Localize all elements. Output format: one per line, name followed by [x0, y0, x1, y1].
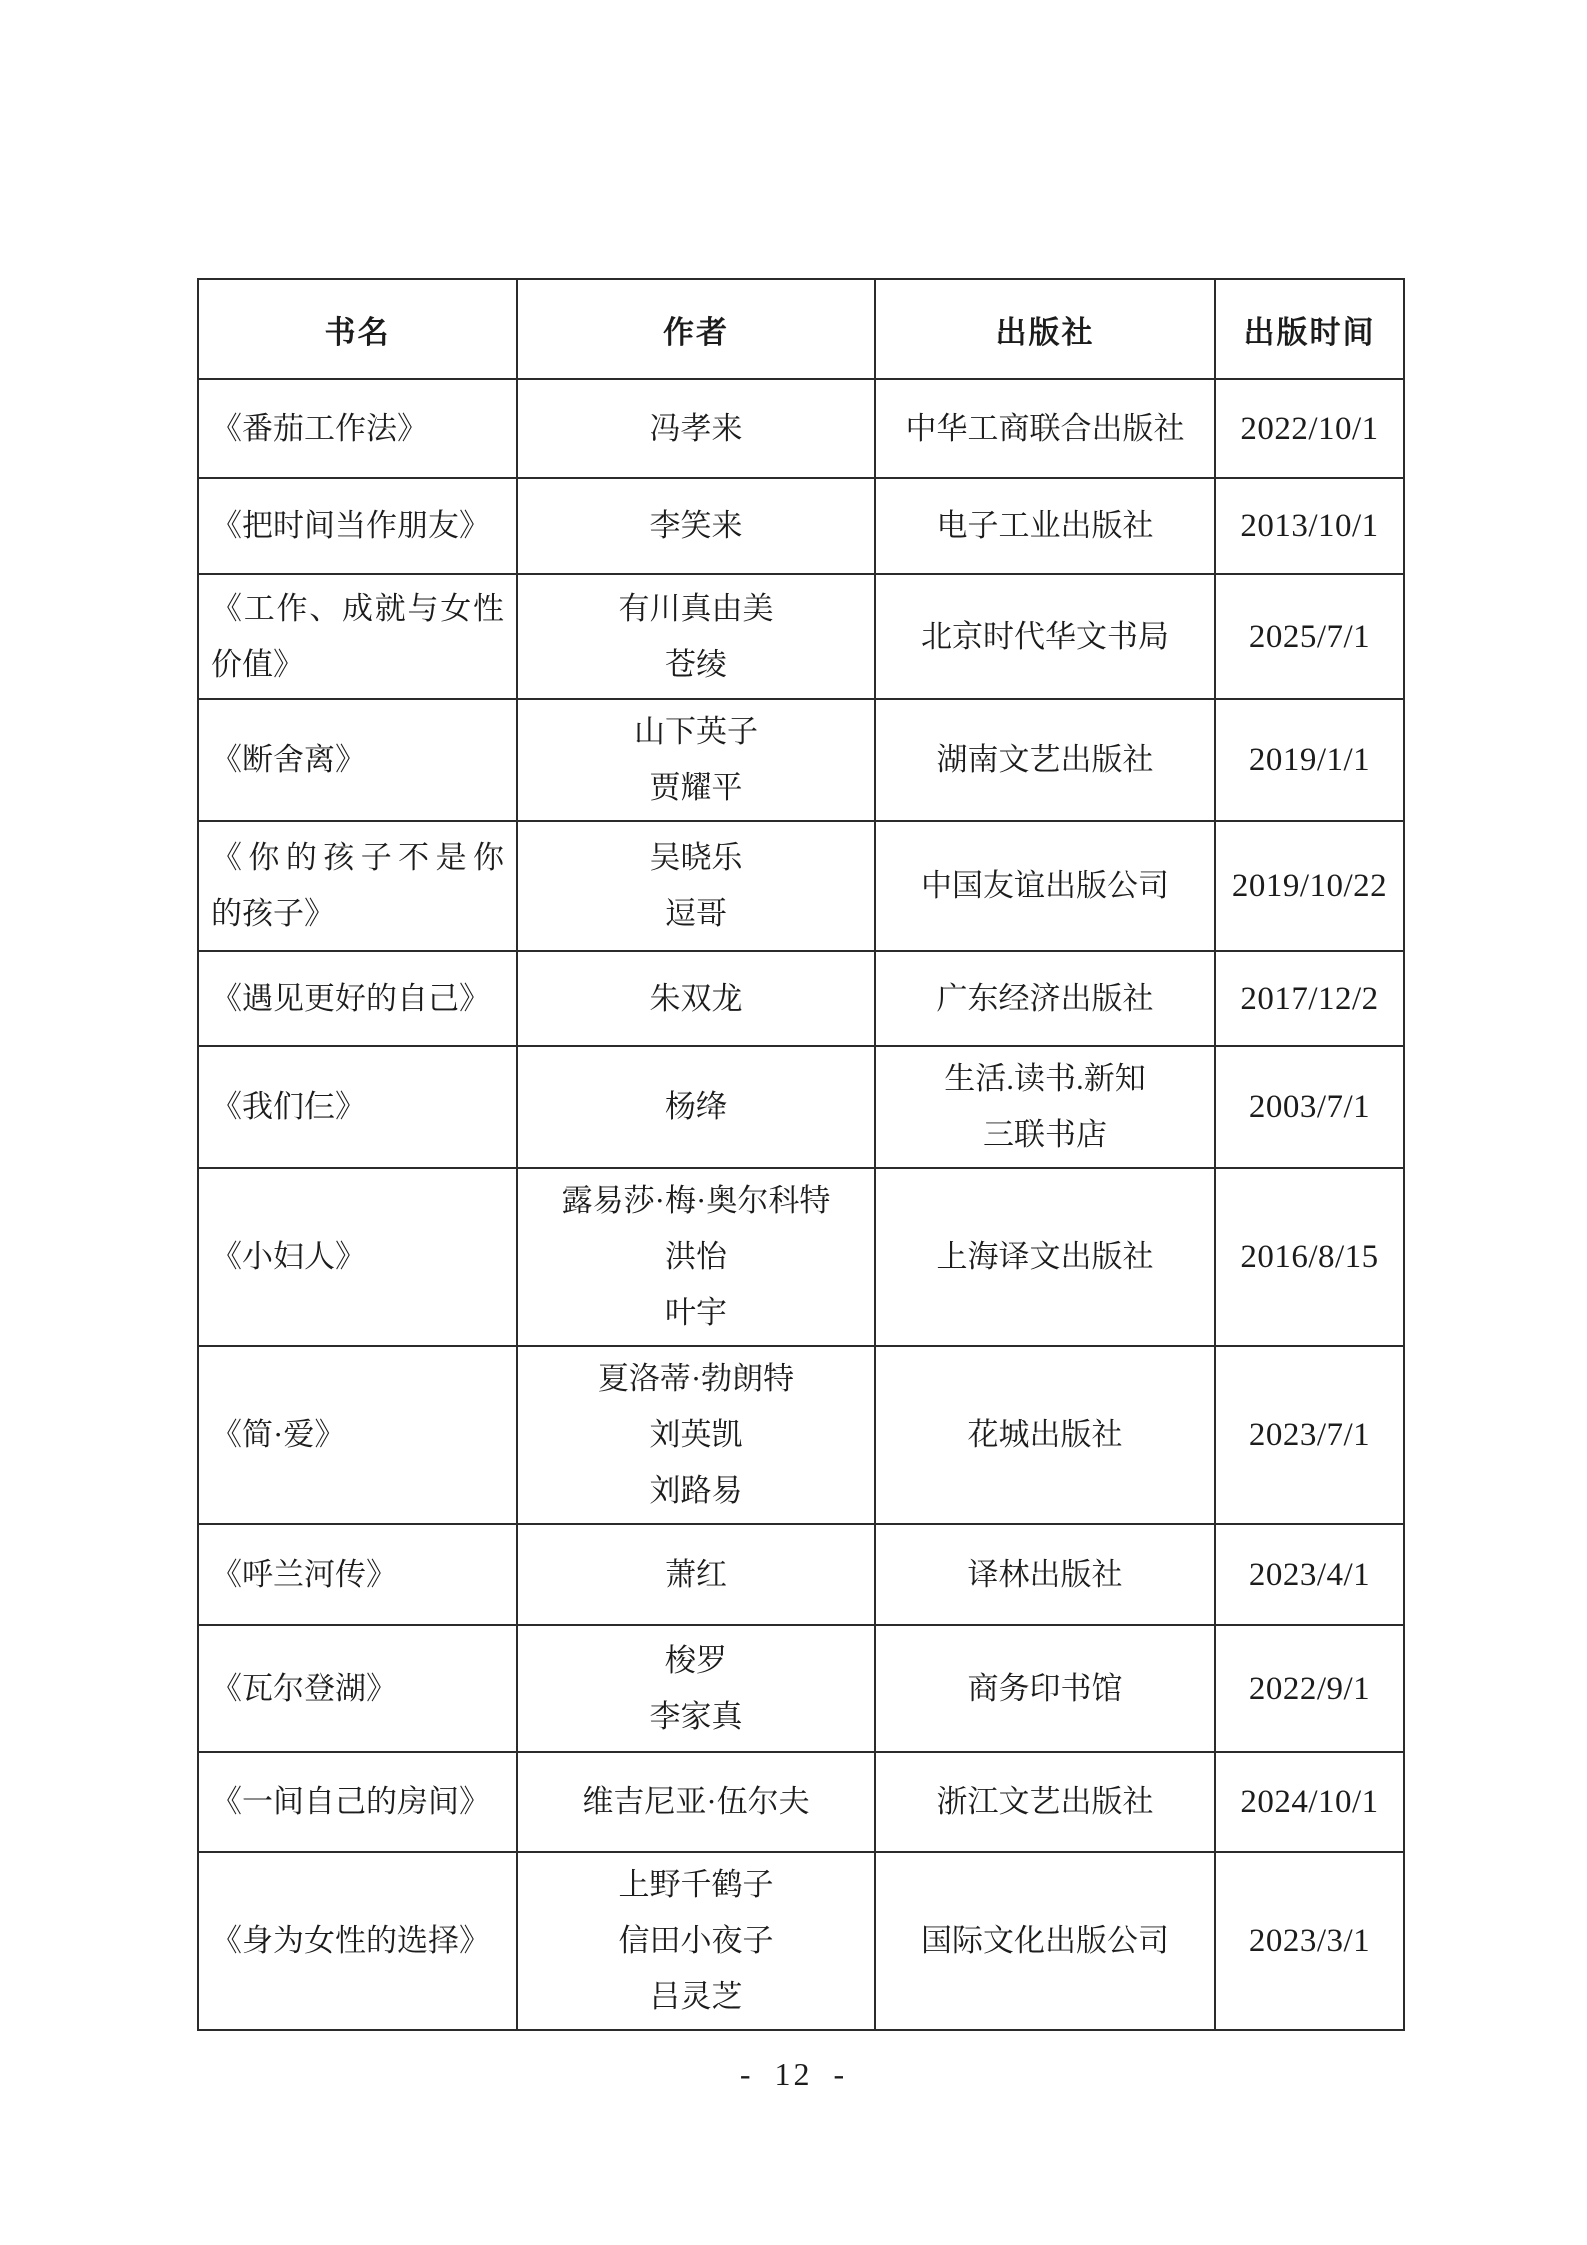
table-row: 《断舍离》山下英子贾耀平湖南文艺出版社2019/1/1	[198, 699, 1404, 821]
column-header-book-title: 书名	[198, 279, 517, 379]
table-row: 《瓦尔登湖》梭罗李家真商务印书馆2022/9/1	[198, 1625, 1404, 1752]
cell-book-title: 《一间自己的房间》	[198, 1752, 517, 1852]
cell-author: 杨绛	[517, 1046, 875, 1168]
column-header-publish-date: 出版时间	[1215, 279, 1404, 379]
table-row: 《番茄工作法》冯孝来中华工商联合出版社2022/10/1	[198, 379, 1404, 478]
table-row: 《呼兰河传》萧红译林出版社2023/4/1	[198, 1524, 1404, 1625]
cell-book-title: 《番茄工作法》	[198, 379, 517, 478]
table-header-row: 书名 作者 出版社 出版时间	[198, 279, 1404, 379]
cell-author: 上野千鹤子信田小夜子吕灵芝	[517, 1852, 875, 2030]
cell-author: 李笑来	[517, 478, 875, 574]
cell-publisher: 商务印书馆	[875, 1625, 1215, 1752]
cell-publish-date: 2023/7/1	[1215, 1346, 1404, 1524]
cell-publisher: 上海译文出版社	[875, 1168, 1215, 1346]
cell-publisher: 电子工业出版社	[875, 478, 1215, 574]
column-header-author: 作者	[517, 279, 875, 379]
cell-book-title: 《遇见更好的自己》	[198, 951, 517, 1046]
cell-publisher: 译林出版社	[875, 1524, 1215, 1625]
cell-author: 冯孝来	[517, 379, 875, 478]
cell-publish-date: 2013/10/1	[1215, 478, 1404, 574]
cell-publisher: 北京时代华文书局	[875, 574, 1215, 699]
cell-author: 露易莎·梅·奥尔科特洪怡叶宇	[517, 1168, 875, 1346]
cell-publisher: 浙江文艺出版社	[875, 1752, 1215, 1852]
cell-author: 朱双龙	[517, 951, 875, 1046]
cell-book-title: 《把时间当作朋友》	[198, 478, 517, 574]
cell-author: 萧红	[517, 1524, 875, 1625]
cell-publish-date: 2017/12/2	[1215, 951, 1404, 1046]
table-row: 《我们仨》杨绛生活.读书.新知三联书店2003/7/1	[198, 1046, 1404, 1168]
table-row: 《小妇人》露易莎·梅·奥尔科特洪怡叶宇上海译文出版社2016/8/15	[198, 1168, 1404, 1346]
table-row: 《身为女性的选择》上野千鹤子信田小夜子吕灵芝国际文化出版公司2023/3/1	[198, 1852, 1404, 2030]
cell-author: 有川真由美苍绫	[517, 574, 875, 699]
cell-book-title: 《呼兰河传》	[198, 1524, 517, 1625]
cell-publish-date: 2016/8/15	[1215, 1168, 1404, 1346]
table-row: 《你的孩子不是你的孩子》吴晓乐逗哥中国友谊出版公司2019/10/22	[198, 821, 1404, 951]
cell-author: 山下英子贾耀平	[517, 699, 875, 821]
table-row: 《把时间当作朋友》李笑来电子工业出版社2013/10/1	[198, 478, 1404, 574]
cell-publisher: 广东经济出版社	[875, 951, 1215, 1046]
cell-book-title: 《简·爱》	[198, 1346, 517, 1524]
cell-publish-date: 2023/3/1	[1215, 1852, 1404, 2030]
cell-publisher: 国际文化出版公司	[875, 1852, 1215, 2030]
cell-author: 梭罗李家真	[517, 1625, 875, 1752]
cell-publish-date: 2019/1/1	[1215, 699, 1404, 821]
cell-book-title: 《瓦尔登湖》	[198, 1625, 517, 1752]
cell-author: 夏洛蒂·勃朗特刘英凯刘路易	[517, 1346, 875, 1524]
cell-publish-date: 2023/4/1	[1215, 1524, 1404, 1625]
table-row: 《一间自己的房间》维吉尼亚·伍尔夫浙江文艺出版社2024/10/1	[198, 1752, 1404, 1852]
cell-publisher: 中华工商联合出版社	[875, 379, 1215, 478]
cell-publisher: 中国友谊出版公司	[875, 821, 1215, 951]
cell-publish-date: 2022/10/1	[1215, 379, 1404, 478]
cell-book-title: 《断舍离》	[198, 699, 517, 821]
page-number: - 12 -	[0, 2056, 1587, 2093]
table-row: 《简·爱》夏洛蒂·勃朗特刘英凯刘路易花城出版社2023/7/1	[198, 1346, 1404, 1524]
cell-publish-date: 2003/7/1	[1215, 1046, 1404, 1168]
document-page: 书名 作者 出版社 出版时间 《番茄工作法》冯孝来中华工商联合出版社2022/1…	[0, 0, 1587, 2245]
cell-book-title: 《小妇人》	[198, 1168, 517, 1346]
cell-book-title: 《工作、成就与女性价值》	[198, 574, 517, 699]
cell-publisher: 花城出版社	[875, 1346, 1215, 1524]
cell-book-title: 《你的孩子不是你的孩子》	[198, 821, 517, 951]
cell-author: 吴晓乐逗哥	[517, 821, 875, 951]
column-header-publisher: 出版社	[875, 279, 1215, 379]
table-body: 《番茄工作法》冯孝来中华工商联合出版社2022/10/1《把时间当作朋友》李笑来…	[198, 379, 1404, 2030]
cell-author: 维吉尼亚·伍尔夫	[517, 1752, 875, 1852]
cell-publish-date: 2025/7/1	[1215, 574, 1404, 699]
cell-book-title: 《我们仨》	[198, 1046, 517, 1168]
cell-publish-date: 2019/10/22	[1215, 821, 1404, 951]
table-row: 《工作、成就与女性价值》有川真由美苍绫北京时代华文书局2025/7/1	[198, 574, 1404, 699]
cell-book-title: 《身为女性的选择》	[198, 1852, 517, 2030]
cell-publisher: 湖南文艺出版社	[875, 699, 1215, 821]
cell-publish-date: 2022/9/1	[1215, 1625, 1404, 1752]
cell-publish-date: 2024/10/1	[1215, 1752, 1404, 1852]
cell-publisher: 生活.读书.新知三联书店	[875, 1046, 1215, 1168]
book-table: 书名 作者 出版社 出版时间 《番茄工作法》冯孝来中华工商联合出版社2022/1…	[197, 278, 1405, 2031]
table-row: 《遇见更好的自己》朱双龙广东经济出版社2017/12/2	[198, 951, 1404, 1046]
